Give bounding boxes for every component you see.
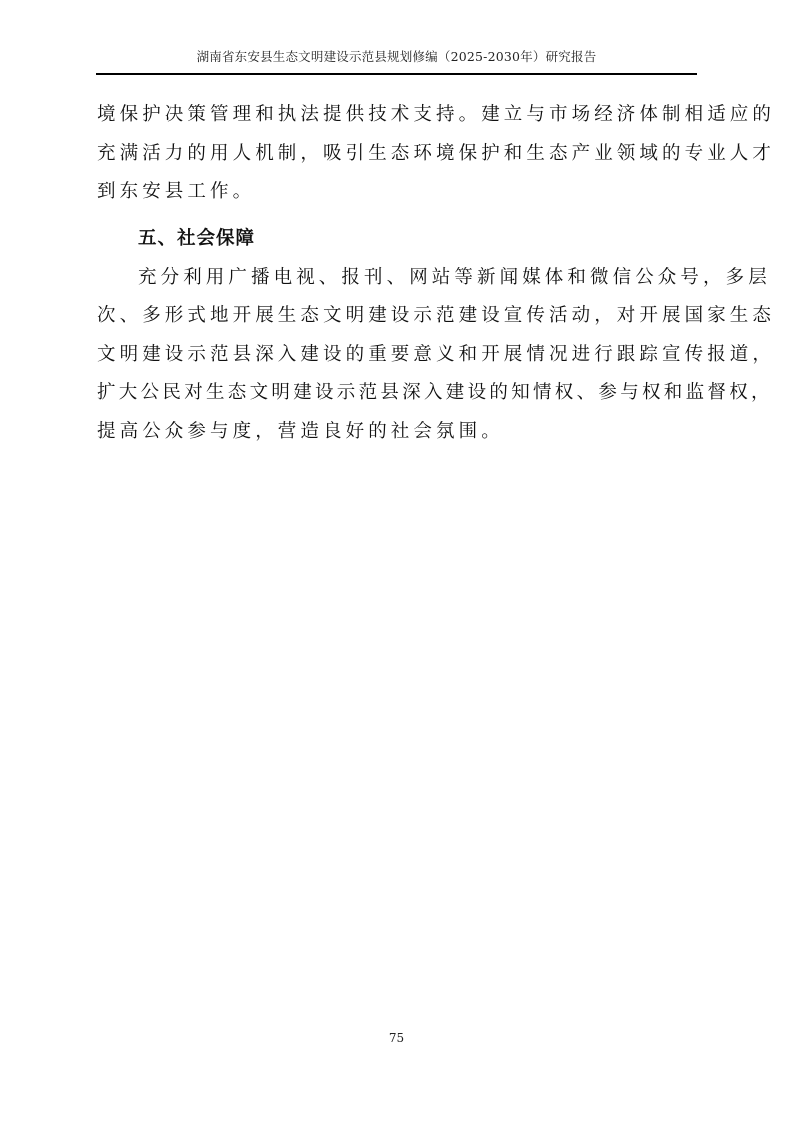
paragraph-line: 充满活力的用人机制，吸引生态环境保护和生态产业领域的专业人才 — [97, 135, 699, 174]
section-paragraph: 充分利用广播电视、报刊、网站等新闻媒体和微信公众号，多层 次、多形式地开展生态文… — [97, 259, 699, 452]
page-number: 75 — [0, 1031, 793, 1045]
paragraph-line: 到东安县工作。 — [97, 173, 699, 212]
paragraph-line: 扩大公民对生态文明建设示范县深入建设的知情权、参与权和监督权， — [97, 374, 699, 413]
paragraph-line: 提高公众参与度，营造良好的社会氛围。 — [97, 413, 699, 452]
continued-paragraph: 境保护决策管理和执法提供技术支持。建立与市场经济体制相适应的 充满活力的用人机制… — [97, 96, 699, 212]
paragraph-line: 次、多形式地开展生态文明建设示范建设宣传活动，对开展国家生态 — [97, 297, 699, 336]
paragraph-line: 境保护决策管理和执法提供技术支持。建立与市场经济体制相适应的 — [97, 96, 699, 135]
paragraph-line: 文明建设示范县深入建设的重要意义和开展情况进行跟踪宣传报道， — [97, 336, 699, 375]
page-content: 境保护决策管理和执法提供技术支持。建立与市场经济体制相适应的 充满活力的用人机制… — [97, 96, 699, 451]
header-divider — [96, 73, 697, 75]
section-heading: 五、社会保障 — [97, 219, 699, 258]
page-header: 湖南省东安县生态文明建设示范县规划修编（2025-2030年）研究报告 — [96, 48, 697, 66]
paragraph-line: 充分利用广播电视、报刊、网站等新闻媒体和微信公众号，多层 — [97, 259, 699, 298]
